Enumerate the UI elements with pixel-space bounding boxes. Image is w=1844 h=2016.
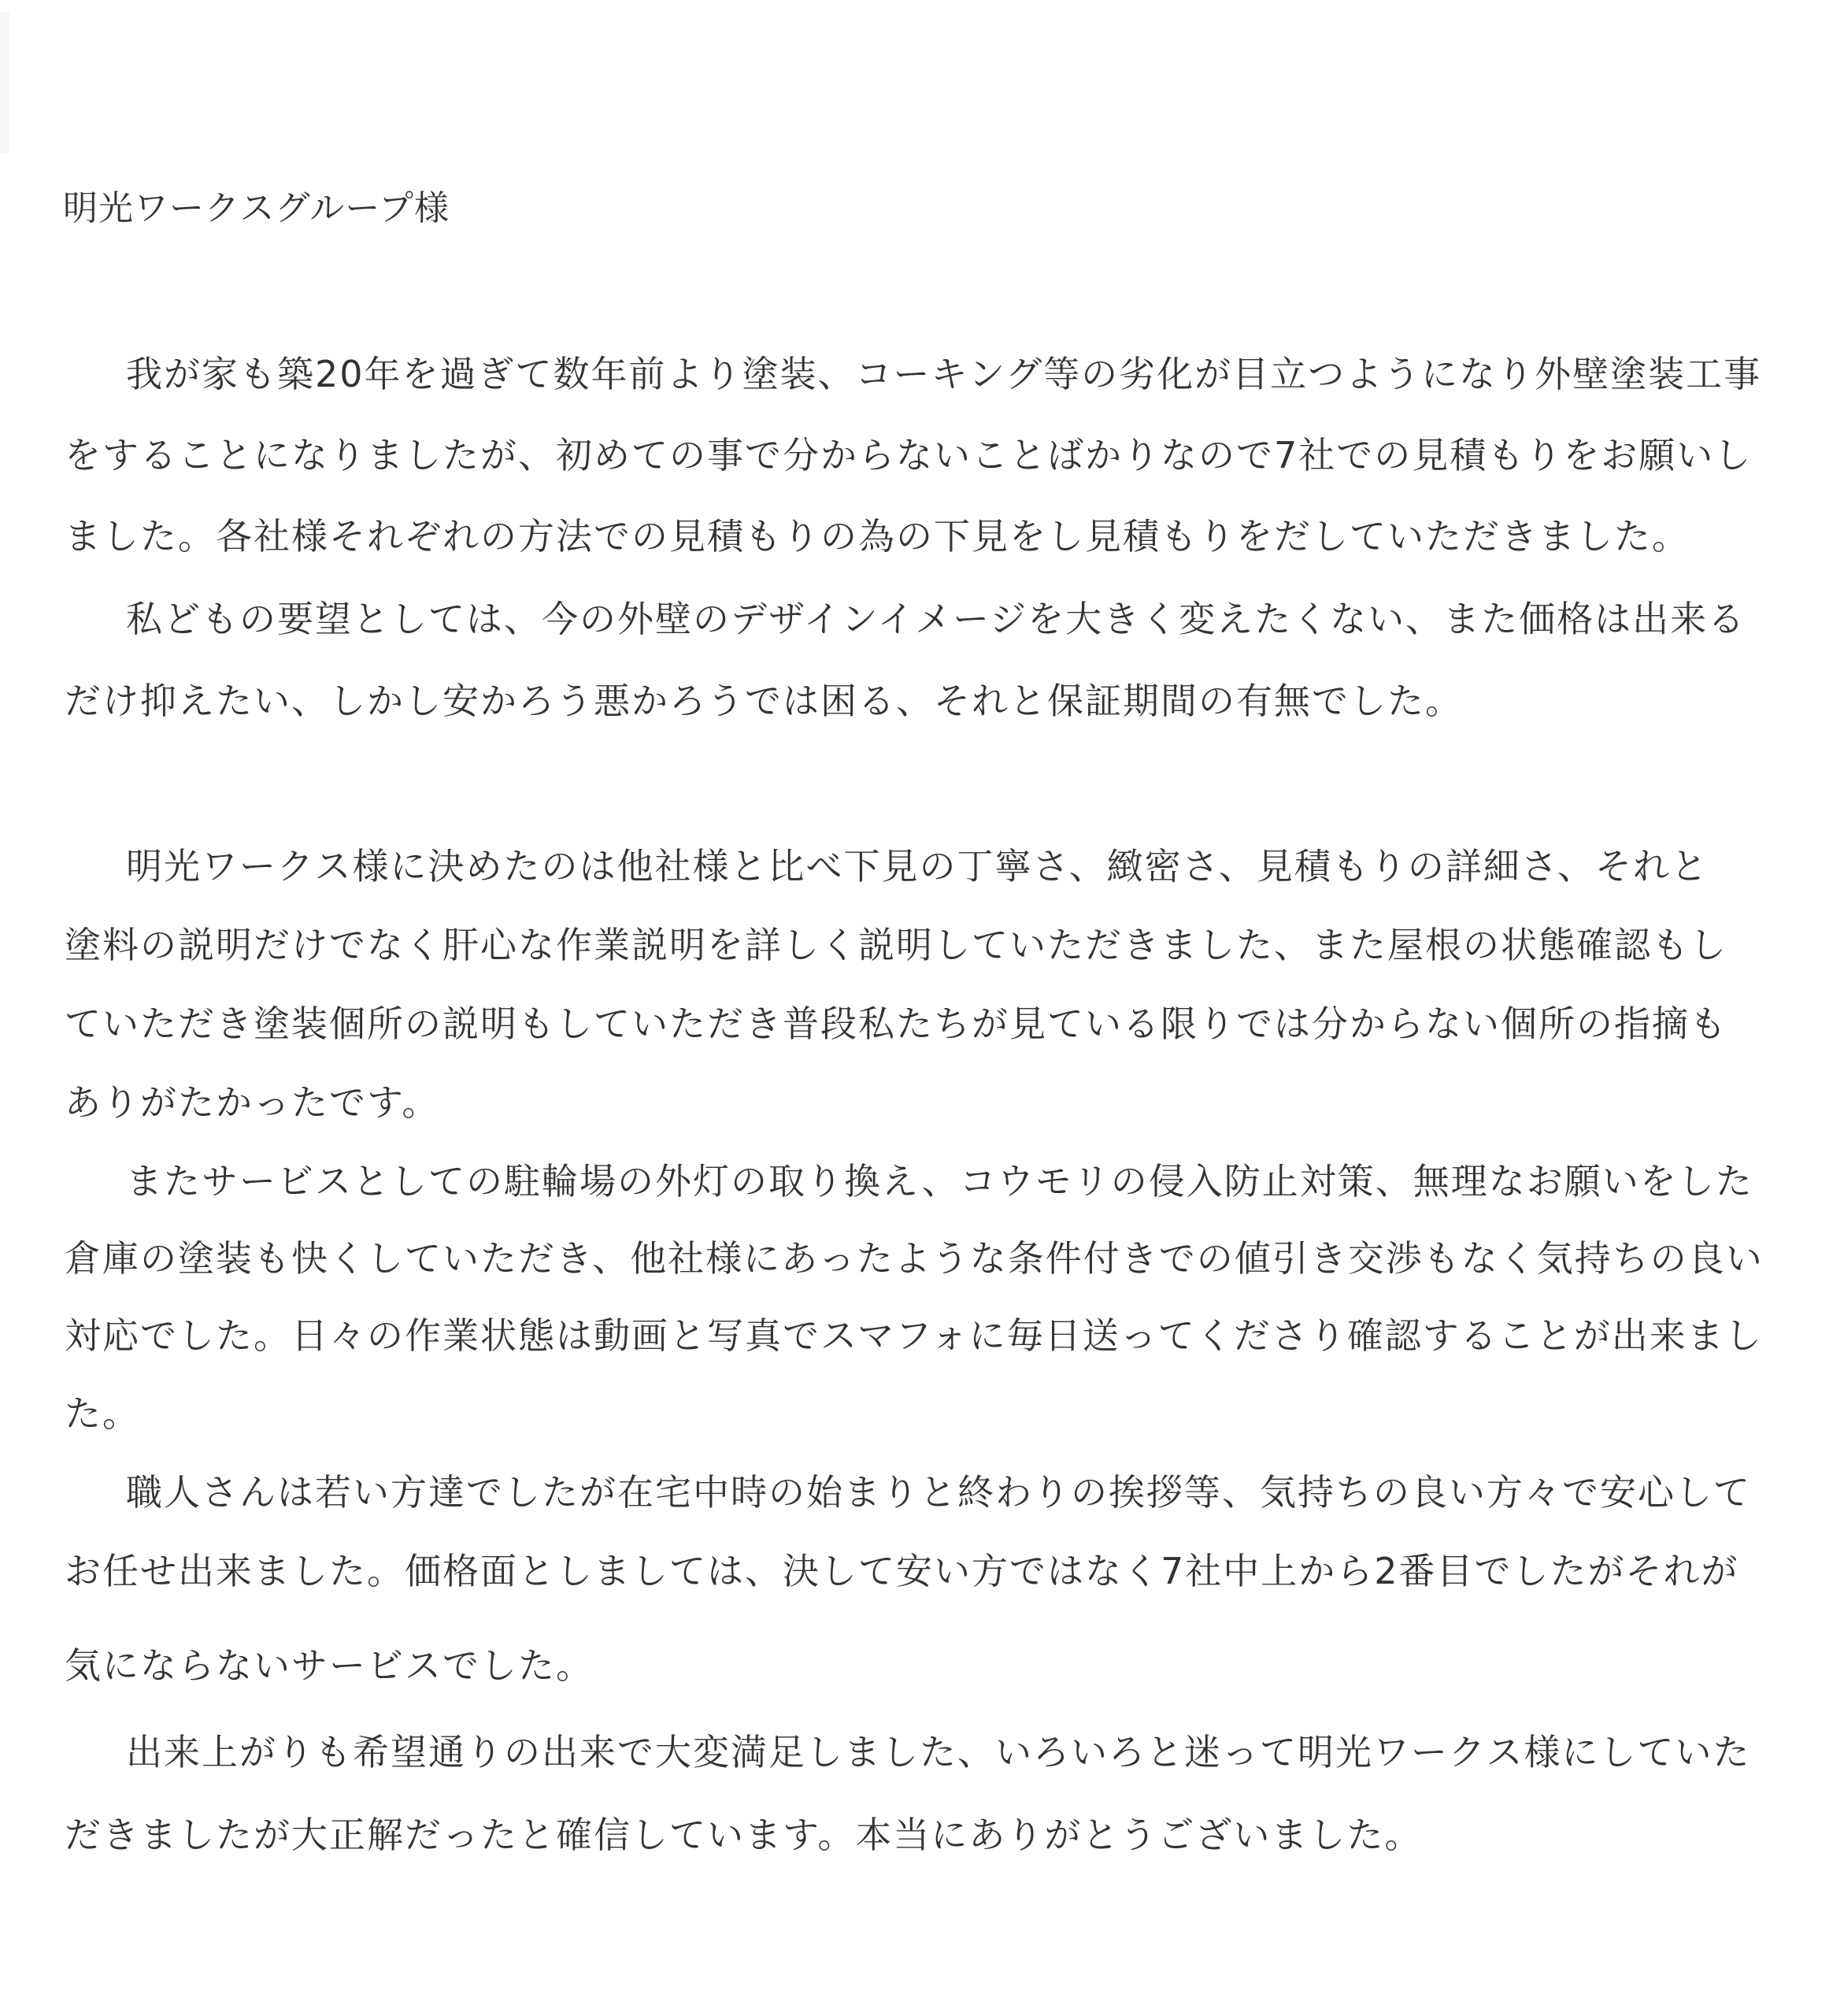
paragraph-3-line-4: ありがたかったです。 [65,1079,439,1126]
paragraph-3-line-2: 塗料の説明だけでなく肝心な作業説明を詳しく説明していただきました、また屋根の状態… [65,921,1727,969]
paragraph-4-line-4: た。 [65,1390,140,1437]
paragraph-6-line-1: 出来上がりも希望通りの出来で大変満足しました、いろいろと迷って明光ワークス様にし… [126,1729,1751,1776]
paragraph-4-line-2: 倉庫の塗装も快くしていただき、他社様にあったような条件付きでの値引き交渉もなく気… [65,1235,1764,1282]
paragraph-2-line-2: だけ抑えたい、しかし安かろう悪かろうでは困る、それと保証期間の有無でした。 [65,677,1463,724]
paragraph-3-line-3: ていただき塗装個所の説明もしていただき普段私たちが見ている限りでは分からない個所… [65,1000,1727,1047]
salutation: 明光ワークスグループ様 [63,185,450,232]
paragraph-5-line-1: 職人さんは若い方達でしたが在宅中時の始まりと終わりの挨拶等、気持ちの良い方々で安… [126,1469,1751,1516]
paragraph-1-line-1: 我が家も築20年を過ぎて数年前より塗装、コーキング等の劣化が目立つようになり外壁… [126,350,1761,398]
paragraph-2-line-1: 私どもの要望としては、今の外壁のデザインイメージを大きく変えたくない、また価格は… [126,595,1746,643]
paragraph-1-line-3: ました。各社様それぞれの方法での見積もりの為の下見をし見積もりをだしていただきま… [65,513,1690,560]
paragraph-4-line-1: またサービスとしての駐輪場の外灯の取り換え、コウモリの侵入防止対策、無理なお願い… [126,1158,1753,1205]
paragraph-1-line-2: をすることになりましたが、初めての事で分からないことばかりなので7社での見積もり… [65,432,1752,479]
paragraph-5-line-2: お任せ出来ました。価格面としましては、決して安い方ではなく7社中上から2番目でし… [65,1547,1739,1595]
letter-page: 明光ワークスグループ様 我が家も築20年を過ぎて数年前より塗装、コーキング等の劣… [0,0,1844,2016]
paragraph-3-line-1: 明光ワークス様に決めたのは他社様と比べ下見の丁寧さ、緻密さ、見積もりの詳細さ、そ… [126,843,1709,890]
paragraph-6-line-2: だきましたが大正解だったと確信しています。本当にありがとうございました。 [65,1811,1422,1858]
paragraph-4-line-3: 対応でした。日々の作業状態は動画と写真でスマフォに毎日送ってくださり確認すること… [65,1312,1763,1359]
paragraph-5-line-3: 気にならないサービスでした。 [65,1642,594,1689]
